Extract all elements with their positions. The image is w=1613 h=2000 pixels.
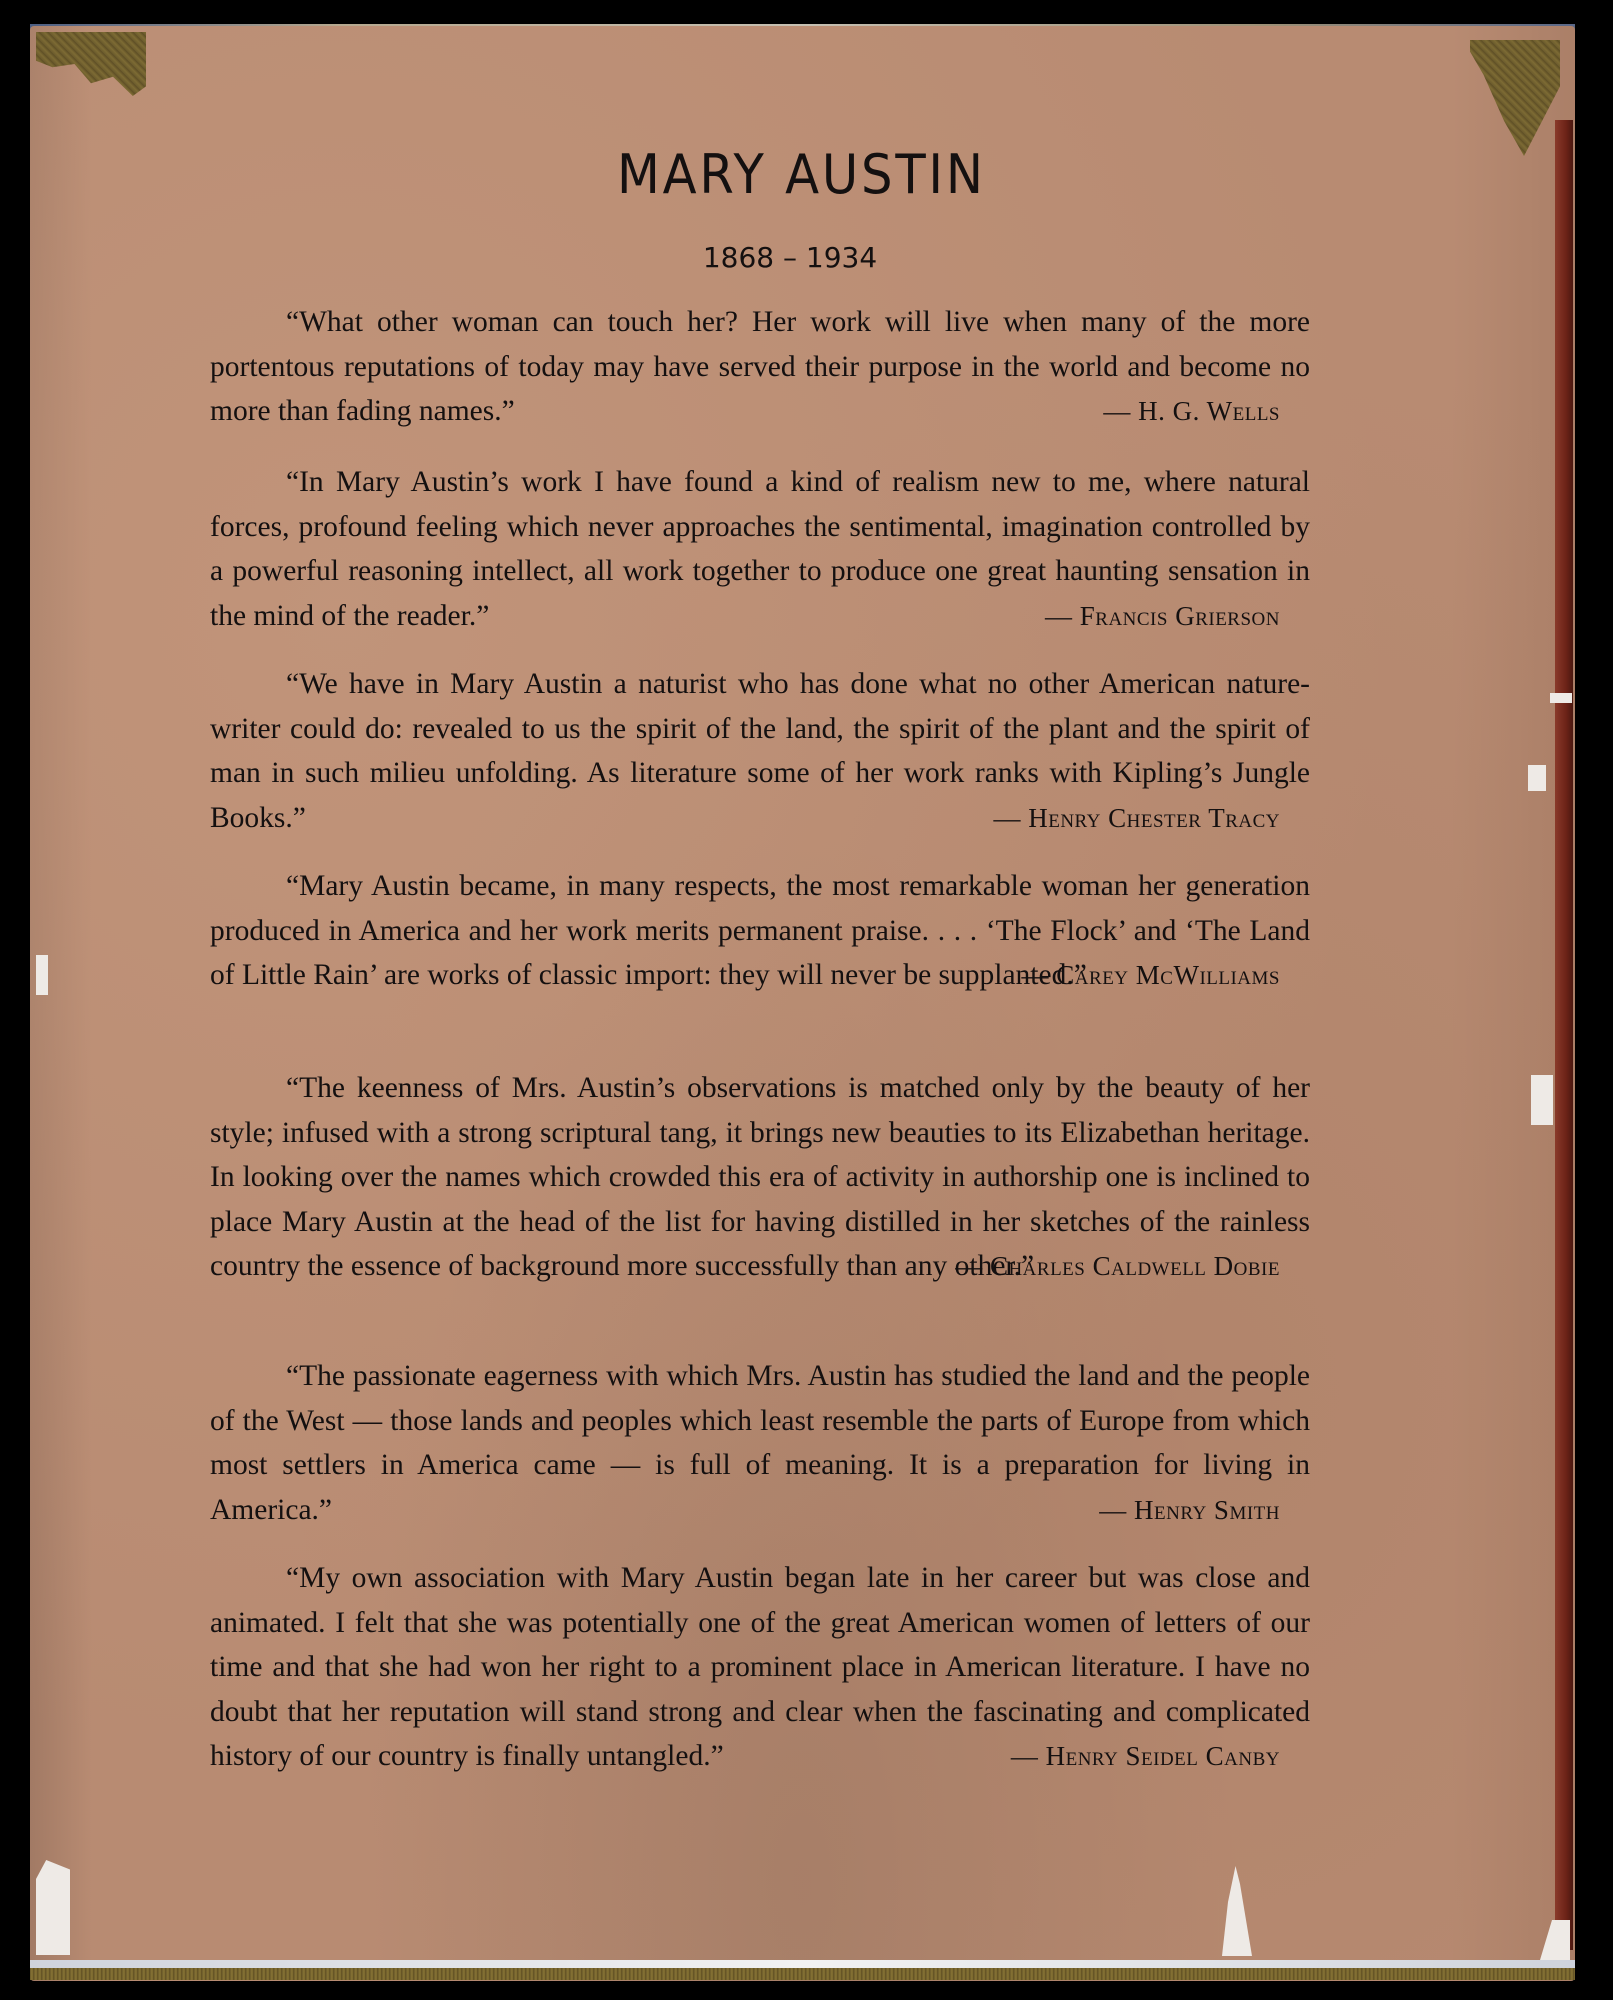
quote-attribution: — Henry Chester Tracy [993,796,1280,841]
review-quote-dobie: “The keenness of Mrs. Austin’s observati… [210,1066,1310,1289]
review-quote-grierson: “In Mary Austin’s work I have found a ki… [210,460,1310,638]
mylar-cover-bottom-edge [30,1960,1575,1968]
paper-chip [1550,693,1572,703]
paper-chip [1531,1075,1553,1125]
red-spine-edge [1555,120,1573,1950]
quote-attribution: — H. G. Wells [1103,389,1280,434]
jacket-text: MARY AUSTIN 1868 – 1934 “What other woma… [210,140,1310,276]
review-quote-tracy: “We have in Mary Austin a naturist who h… [210,662,1310,840]
quote-attribution: — Carey McWilliams [1022,953,1280,998]
author-dates: 1868 – 1934 [210,240,1310,276]
review-quote-smith: “The passionate eagerness with which Mrs… [210,1354,1310,1532]
quote-attribution: — Henry Seidel Canby [1011,1734,1280,1779]
paper-chip [1528,765,1546,791]
quote-attribution: — Henry Smith [1099,1488,1280,1533]
quote-attribution: — Charles Caldwell Dobie [955,1244,1280,1289]
review-quote-mcwilliams: “Mary Austin became, in many respects, t… [210,864,1310,998]
paper-chip [36,1860,70,1955]
review-quote-wells: “What other woman can touch her? Her wor… [210,300,1310,434]
cloth-board-bottom-edge [30,1968,1575,1980]
quote-attribution: — Francis Grierson [1045,594,1280,639]
paper-chip [36,955,48,995]
author-title: MARY AUSTIN [254,140,1266,210]
review-quote-canby: “My own association with Mary Austin beg… [210,1556,1310,1779]
